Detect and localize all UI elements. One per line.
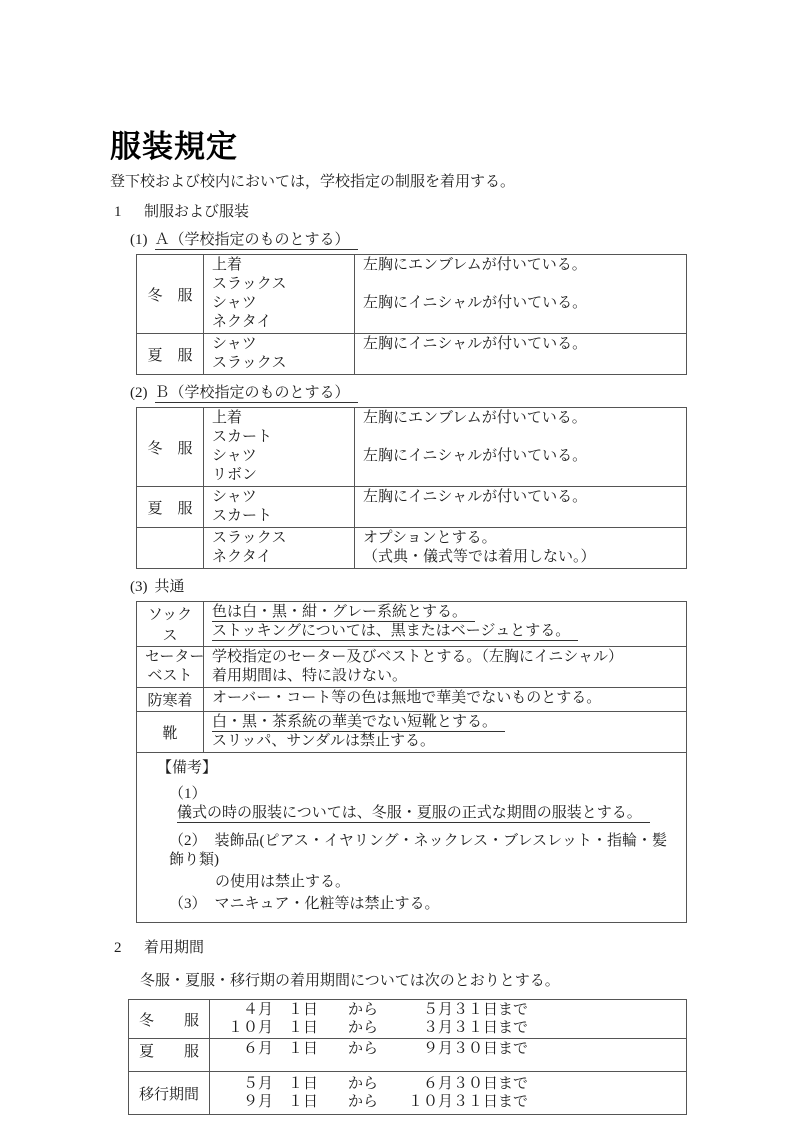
item-line: スラックス <box>212 275 346 294</box>
table-row: 移行期間 ５月 １日 から ６月３０日まで ９月 １日 から １０月３１日まで <box>129 1072 687 1115</box>
table-row: 夏 服 シャツ スカート 左胸にイニシャルが付いている。 <box>137 487 687 528</box>
period-cell: ６月 １日 から ９月３０日まで <box>210 1039 687 1072</box>
intro-text: 登下校および校内においては，学校指定の制服を着用する。 <box>110 173 694 192</box>
item-line: 上着 <box>212 256 346 275</box>
item-line: スカート <box>212 507 346 526</box>
season-label: 冬 服 <box>139 437 201 458</box>
note-line <box>363 275 678 294</box>
note-line: 左胸にイニシャルが付いている。 <box>363 447 678 466</box>
note-line <box>363 466 678 485</box>
note-line <box>363 313 678 332</box>
rule-cell: 白・黒・茶系統の華美でない短靴とする。 スリッパ、サンダルは禁止する。 <box>204 712 687 753</box>
remark-item: （3）マニキュア・化粧等は禁止する。 <box>147 895 676 914</box>
rule-line: ストッキングについては、黒またはベージュとする。 <box>212 622 678 641</box>
category-cell: ソックス <box>137 602 204 647</box>
wear-period-intro: 冬服・夏服・移行期の着用期間については次のとおりとする。 <box>140 972 694 991</box>
table-row: セーター ベスト 学校指定のセーター及びベストとする。（左胸にイニシャル） 着用… <box>137 647 687 688</box>
table-row: スラックス ネクタイ オプションとする。 （式典・儀式等では着用しない。） <box>137 528 687 569</box>
season-label: 冬 服 <box>131 1009 207 1030</box>
subsection-c-heading: (3)共通 <box>130 578 694 597</box>
table-row: 冬 服 上着 スカート シャツ リボン 左胸にエンブレムが付いている。 左胸にイ… <box>137 408 687 487</box>
note-line: 左胸にエンブレムが付いている。 <box>363 409 678 428</box>
rule-line: オーバー・コート等の色は無地で華美でないものとする。 <box>212 689 678 708</box>
season-cell: 夏 服 <box>137 487 204 528</box>
season-label: 夏 服 <box>131 1040 207 1061</box>
remark-item: （2）装飾品(ピアス・イヤリング・ネックレス・ブレスレット・指輪・髪飾り類) <box>147 832 676 870</box>
underlined-heading: Ｂ（学校指定のものとする） <box>155 384 358 403</box>
remark-text: 装飾品(ピアス・イヤリング・ネックレス・ブレスレット・指輪・髪飾り類) <box>169 833 667 868</box>
rule-line: 学校指定のセーター及びベストとする。（左胸にイニシャル） <box>212 648 678 667</box>
items-cell: 上着 スカート シャツ リボン <box>204 408 355 487</box>
items-cell: スラックス ネクタイ <box>204 528 355 569</box>
note-line: 左胸にイニシャルが付いている。 <box>363 488 678 507</box>
period-line: ６月 １日 から ９月３０日まで <box>228 1040 678 1058</box>
rule-line: 白・黒・茶系統の華美でない短靴とする。 <box>212 713 678 732</box>
period-line: ９月 １日 から １０月３１日まで <box>228 1093 678 1111</box>
item-line: 上着 <box>212 409 346 428</box>
section-number: 2 <box>114 939 144 958</box>
period-cell: ４月 １日 から ５月３１日まで １０月 １日 から ３月３１日まで <box>210 1000 687 1039</box>
notes-cell: 左胸にイニシャルが付いている。 <box>355 487 687 528</box>
wear-period-table: 冬 服 ４月 １日 から ５月３１日まで １０月 １日 から ３月３１日まで 夏… <box>128 999 687 1115</box>
note-line <box>363 354 678 373</box>
underlined-text: 儀式の時の服装については、冬服・夏服の正式な期間の服装とする。 <box>177 804 650 823</box>
item-line: リボン <box>212 466 346 485</box>
remark-text: マニキュア・化粧等は禁止する。 <box>215 896 440 912</box>
table-row: 夏 服 シャツ スラックス 左胸にイニシャルが付いている。 <box>137 334 687 375</box>
period-line: ５月 １日 から ６月３０日まで <box>228 1075 678 1093</box>
rule-cell: オーバー・コート等の色は無地で華美でないものとする。 <box>204 688 687 712</box>
rule-line: 色は白・黒・紺・グレー系統とする。 <box>212 603 678 622</box>
list-marker: （3） <box>169 896 207 912</box>
item-line: シャツ <box>212 335 346 354</box>
category-cell: 防寒着 <box>137 688 204 712</box>
season-label: 夏 服 <box>139 497 201 518</box>
note-line: オプションとする。 <box>363 529 678 548</box>
list-marker: (1) <box>130 232 148 248</box>
season-cell: 冬 服 <box>129 1000 210 1039</box>
subsection-b-heading: (2)Ｂ（学校指定のものとする） <box>130 384 694 403</box>
note-line <box>363 507 678 526</box>
period-cell: ５月 １日 から ６月３０日まで ９月 １日 から １０月３１日まで <box>210 1072 687 1115</box>
season-cell: 冬 服 <box>137 408 204 487</box>
rule-line: スリッパ、サンダルは禁止する。 <box>212 732 678 751</box>
rule-cell: 学校指定のセーター及びベストとする。（左胸にイニシャル） 着用期間は、特に設けな… <box>204 647 687 688</box>
table-row: 防寒着 オーバー・コート等の色は無地で華美でないものとする。 <box>137 688 687 712</box>
notes-cell: 左胸にイニシャルが付いている。 <box>355 334 687 375</box>
category-cell: セーター ベスト <box>137 647 204 688</box>
note-line: 左胸にイニシャルが付いている。 <box>363 335 678 354</box>
remark-continuation: の使用は禁止する。 <box>147 873 676 892</box>
notes-cell: 左胸にエンブレムが付いている。 左胸にイニシャルが付いている。 <box>355 255 687 334</box>
list-marker: （2） <box>169 833 207 849</box>
list-marker: (2) <box>130 385 148 401</box>
section-title: 制服および服装 <box>144 204 249 220</box>
underlined-text: 白・黒・茶系統の華美でない短靴とする。 <box>212 713 505 732</box>
subsection-title: 共通 <box>155 579 185 595</box>
list-marker: （1） <box>169 786 207 802</box>
section-title: 着用期間 <box>144 940 204 956</box>
remarks-cell: 【備考】 （1）儀式の時の服装については、冬服・夏服の正式な期間の服装とする。 … <box>137 753 687 923</box>
uniform-a-table: 冬 服 上着 スラックス シャツ ネクタイ 左胸にエンブレムが付いている。 左胸… <box>136 254 687 375</box>
common-rules-table: ソックス 色は白・黒・紺・グレー系統とする。 ストッキングについては、黒またはベ… <box>136 601 687 923</box>
season-label: 冬 服 <box>139 284 201 305</box>
section-number: 1 <box>114 203 144 222</box>
notes-cell: 左胸にエンブレムが付いている。 左胸にイニシャルが付いている。 <box>355 408 687 487</box>
underlined-text: 色は白・黒・紺・グレー系統とする。 <box>212 603 475 622</box>
season-cell: 冬 服 <box>137 255 204 334</box>
period-line: ４月 １日 から ５月３１日まで <box>228 1001 678 1019</box>
note-line <box>363 428 678 447</box>
remarks-heading: 【備考】 <box>147 759 676 778</box>
rule-cell: 色は白・黒・紺・グレー系統とする。 ストッキングについては、黒またはベージュとす… <box>204 602 687 647</box>
rule-line: 着用期間は、特に設けない。 <box>212 667 678 686</box>
section-2-heading: 2着用期間 <box>110 939 694 958</box>
note-line: （式典・儀式等では着用しない。） <box>363 548 678 567</box>
category-label: 靴 <box>145 722 195 743</box>
item-line: シャツ <box>212 294 346 313</box>
subsection-a-heading: (1)Ａ（学校指定のものとする） <box>130 231 694 250</box>
season-cell: 夏 服 <box>129 1039 210 1072</box>
list-marker: (3) <box>130 579 148 595</box>
category-label: セーター <box>145 648 195 667</box>
underlined-text: ストッキングについては、黒またはベージュとする。 <box>212 622 578 641</box>
underlined-heading: Ａ（学校指定のものとする） <box>155 231 358 250</box>
season-label: 夏 服 <box>139 344 201 365</box>
items-cell: シャツ スカート <box>204 487 355 528</box>
item-line: シャツ <box>212 488 346 507</box>
period-line: １０月 １日 から ３月３１日まで <box>228 1019 678 1037</box>
notes-cell: オプションとする。 （式典・儀式等では着用しない。） <box>355 528 687 569</box>
remark-item: （1）儀式の時の服装については、冬服・夏服の正式な期間の服装とする。 <box>147 785 676 823</box>
note-line: 左胸にイニシャルが付いている。 <box>363 294 678 313</box>
page-title: 服装規定 <box>110 130 694 164</box>
category-label: ソックス <box>145 603 195 645</box>
table-row: 靴 白・黒・茶系統の華美でない短靴とする。 スリッパ、サンダルは禁止する。 <box>137 712 687 753</box>
item-line: シャツ <box>212 447 346 466</box>
section-1-heading: 1制服および服装 <box>110 203 694 222</box>
items-cell: シャツ スラックス <box>204 334 355 375</box>
table-row: ソックス 色は白・黒・紺・グレー系統とする。 ストッキングについては、黒またはベ… <box>137 602 687 647</box>
items-cell: 上着 スラックス シャツ ネクタイ <box>204 255 355 334</box>
category-label: 防寒着 <box>145 689 195 710</box>
table-row: 冬 服 上着 スラックス シャツ ネクタイ 左胸にエンブレムが付いている。 左胸… <box>137 255 687 334</box>
season-label: 移行期間 <box>131 1083 207 1104</box>
item-line: ネクタイ <box>212 548 346 567</box>
category-label: ベスト <box>145 667 195 686</box>
season-cell <box>137 528 204 569</box>
table-row: 夏 服 ６月 １日 から ９月３０日まで <box>129 1039 687 1072</box>
item-line: スラックス <box>212 354 346 373</box>
document-page: 服装規定 登下校および校内においては，学校指定の制服を着用する。 1制服および服… <box>0 0 794 1123</box>
item-line: スカート <box>212 428 346 447</box>
season-cell: 移行期間 <box>129 1072 210 1115</box>
table-row: 【備考】 （1）儀式の時の服装については、冬服・夏服の正式な期間の服装とする。 … <box>137 753 687 923</box>
item-line: スラックス <box>212 529 346 548</box>
category-cell: 靴 <box>137 712 204 753</box>
item-line: ネクタイ <box>212 313 346 332</box>
note-line: 左胸にエンブレムが付いている。 <box>363 256 678 275</box>
season-cell: 夏 服 <box>137 334 204 375</box>
table-row: 冬 服 ４月 １日 から ５月３１日まで １０月 １日 から ３月３１日まで <box>129 1000 687 1039</box>
uniform-b-table: 冬 服 上着 スカート シャツ リボン 左胸にエンブレムが付いている。 左胸にイ… <box>136 407 687 569</box>
